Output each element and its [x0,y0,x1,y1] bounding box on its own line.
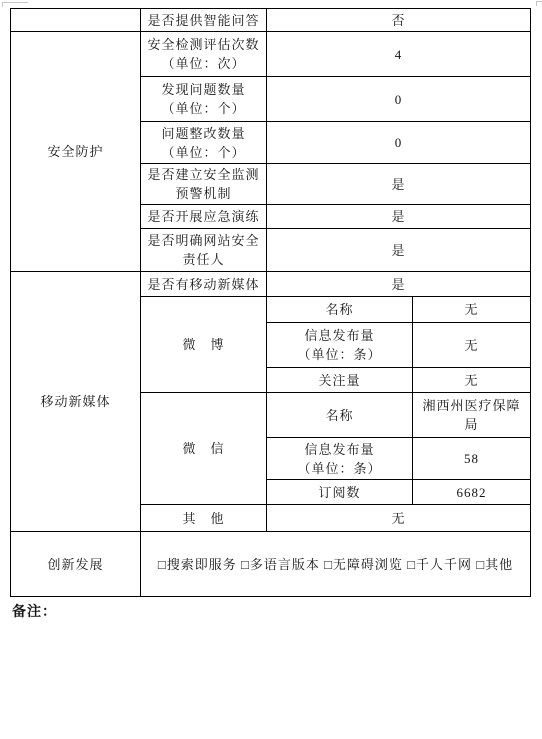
issues-fixed-label: 问题整改数量 （单位：个） [141,122,267,164]
page-edge-artifact-top-left [2,2,28,7]
innovation-group-label: 创新发展 [11,532,141,597]
weibo-name-label: 名称 [267,297,413,323]
emergency-drill-value: 是 [267,205,531,229]
weibo-platform-label: 微 博 [141,297,267,393]
issues-found-label: 发现问题数量 （单位：个） [141,77,267,122]
table-row: 移动新媒体 是否有移动新媒体 是 [11,272,531,297]
smart-qa-value: 否 [267,9,531,32]
wechat-name-label: 名称 [267,393,413,438]
other-media-value: 无 [267,505,531,532]
mobile-group-label: 移动新媒体 [11,272,141,532]
page-edge-artifact-top-right [536,1,542,6]
weibo-posts-label: 信息发布量 （单位：条） [267,323,413,368]
wechat-subscribers-value: 6682 [413,480,531,505]
table-row: 创新发展 □搜索即服务 □多语言版本 □无障碍浏览 □千人千网 □其他 [11,532,531,597]
table-row: 安全防护 安全检测评估次数 （单位：次） 4 [11,32,531,77]
wechat-name-value: 湘西州医疗保障局 [413,393,531,438]
wechat-posts-label: 信息发布量 （单位：条） [267,438,413,480]
issues-found-value: 0 [267,77,531,122]
issues-fixed-value: 0 [267,122,531,164]
has-new-media-label: 是否有移动新媒体 [141,272,267,297]
weibo-name-value: 无 [413,297,531,323]
monitor-warning-value: 是 [267,164,531,205]
security-eval-count-value: 4 [267,32,531,77]
security-group-label: 安全防护 [11,32,141,272]
security-eval-count-label: 安全检测评估次数 （单位：次） [141,32,267,77]
table-row: 是否提供智能问答 否 [11,9,531,32]
other-media-label: 其 他 [141,505,267,532]
monitor-warning-label: 是否建立安全监测 预警机制 [141,164,267,205]
weibo-posts-value: 无 [413,323,531,368]
wechat-subscribers-label: 订阅数 [267,480,413,505]
weibo-followers-label: 关注量 [267,368,413,393]
empty-group-cell [11,9,141,32]
weibo-followers-value: 无 [413,368,531,393]
annual-report-table: 是否提供智能问答 否 安全防护 安全检测评估次数 （单位：次） 4 发现问题数量… [10,8,531,597]
wechat-platform-label: 微 信 [141,393,267,505]
has-new-media-value: 是 [267,272,531,297]
smart-qa-label: 是否提供智能问答 [141,9,267,32]
innovation-options: □搜索即服务 □多语言版本 □无障碍浏览 □千人千网 □其他 [141,532,531,597]
emergency-drill-label: 是否开展应急演练 [141,205,267,229]
remarks-label: 备注： [12,601,57,621]
wechat-posts-value: 58 [413,438,531,480]
security-owner-value: 是 [267,229,531,272]
security-owner-label: 是否明确网站安全 责任人 [141,229,267,272]
